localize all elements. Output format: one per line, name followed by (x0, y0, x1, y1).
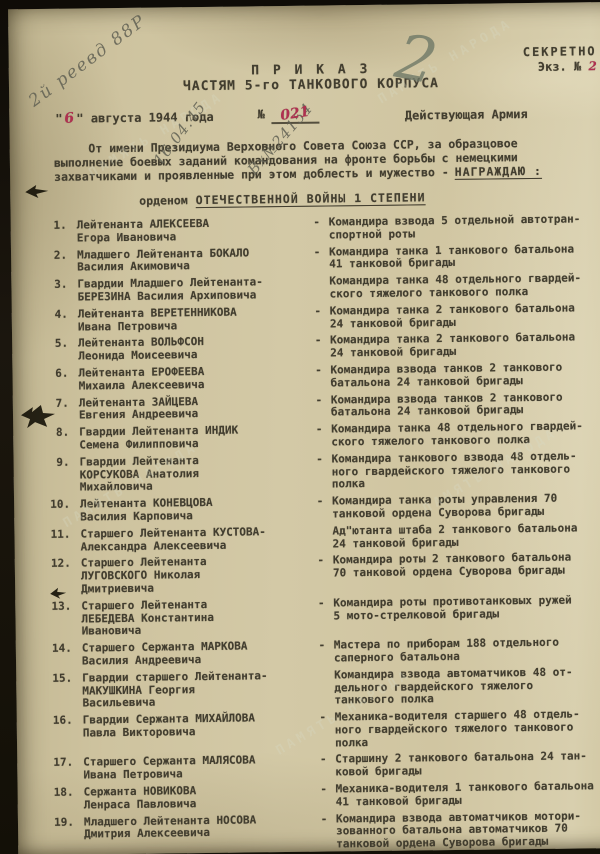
award-entry: 5. Лейтенанта ВОЛЬФСОН Леонида Моисеевич… (34, 331, 600, 364)
entry-sep (305, 276, 329, 302)
entry-position: Ад"ютанта штаба 2 танкового батальона 24… (332, 522, 600, 551)
army-label: Действующая Армия (405, 107, 528, 122)
document-page: ПАМЯТЬ НАРОДА ПАМЯТЬ НАРОДА ПАМЯТЬ НАРОД… (8, 2, 600, 854)
entry-sep: - (306, 335, 330, 361)
entry-name: Гвардии Младшего Лейтенанта- БЕРЕЗИНА Ва… (67, 276, 305, 304)
ink-blot (24, 183, 50, 199)
award-entry: 19. Младшего Лейтенанта НОСОВА Дмитрия А… (40, 810, 600, 854)
ink-blot (19, 401, 57, 431)
entry-number: 1. (33, 220, 67, 246)
date-day-handwritten: 6 (64, 110, 76, 127)
award-entry: 12. Старшего Лейтенанта ЛУГОВСКОГО Никол… (37, 551, 600, 596)
entry-name: Лейтенанта ВОЛЬФСОН Леонида Моисеевича (68, 335, 306, 363)
entry-sep: - (309, 597, 333, 636)
ink-blot (49, 587, 67, 600)
award-entry: 18. Сержанта НОВИКОВА Ленраса Павловича … (40, 780, 600, 813)
award-entry: 7. Лейтенанта ЗАЙЦЕВА Евгения Андреевича… (35, 391, 600, 424)
entry-name: Старшего Сержанта МАЛЯСОВА Ивана Петрови… (73, 754, 311, 782)
entry-name: Лейтенанта ЗАЙЦЕВА Евгения Андреевича (69, 394, 307, 422)
entry-name: Гвардии старшего Лейтенанта- МАКУШКИНА Г… (72, 669, 310, 710)
close-quote: " (76, 111, 83, 125)
number-label: № (258, 107, 265, 121)
entry-name: Младшего Лейтенанта БОКАЛО Василия Акимо… (67, 246, 305, 274)
entry-number: 9. (36, 456, 70, 495)
award-entry: 6. Лейтенанта ЕРОФЕЕВА Михаила Алексееви… (34, 361, 600, 394)
entry-position: Командира роты противотанковых ружей 5 м… (333, 594, 600, 636)
entry-sep: - (306, 364, 330, 390)
entry-position: Механика-водителя старшего 48 отдель- но… (335, 708, 600, 750)
entry-number: 17. (39, 757, 73, 783)
pencil-registry-note: 2й реевд 88Р (25, 11, 150, 111)
copy-number-line: Экз. № 2 (523, 59, 597, 75)
secret-label: СЕКРЕТНО (523, 44, 597, 60)
entry-name: Старшего Лейтенанта ЛУГОВСКОГО Николая Д… (71, 555, 309, 596)
entry-sep: - (309, 555, 333, 594)
entry-number: 19. (40, 816, 74, 854)
entry-sep: - (310, 640, 334, 666)
entry-name: Лейтенанта АЛЕКСЕЕВА Егора Ивановича (67, 217, 305, 245)
entry-number: 4. (34, 308, 68, 334)
entry-position: Командира танка 1 танкового батальона 41… (329, 243, 600, 272)
entry-position: Командира танка 48 отдельного гвардей- с… (329, 272, 600, 301)
entry-position: Командира танка 2 танкового батальона 24… (330, 331, 600, 360)
entry-position: Мастера по приборам 188 отдельного сапер… (334, 636, 600, 665)
entry-sep: - (307, 453, 331, 492)
order-prefix: орденом (139, 193, 188, 208)
entry-number: 5. (34, 338, 68, 364)
entry-sep: - (311, 754, 335, 780)
award-entry: 11. Старшего Лейтенанта КУСТОВА- Алексан… (36, 522, 600, 555)
entry-position: Командира взвода автоматчиков мотори- зо… (336, 810, 600, 852)
entry-name: Старшего Сержанта МАРКОВА Василия Андрее… (72, 640, 310, 668)
entry-sep: - (307, 394, 331, 420)
entry-number: 3. (33, 279, 67, 305)
entry-number: 13. (37, 600, 71, 639)
secrecy-stamp: СЕКРЕТНО Экз. № 2 (523, 44, 597, 75)
award-word: НАГРАЖДАЮ : (455, 164, 542, 179)
entry-number: 6. (34, 368, 68, 394)
entry-sep: - (307, 424, 331, 450)
entry-sep: - (305, 246, 329, 272)
award-entry: 13. Старшего Лейтенанта ЛЕБЕДЕВА Констан… (37, 594, 600, 639)
award-entry: 4. Лейтенанта ВЕРЕТЕННИКОВА Ивана Петров… (34, 302, 600, 335)
entry-number: 11. (36, 528, 70, 554)
entry-name: Старшего Лейтенанта КУСТОВА- Александра … (70, 525, 308, 553)
award-entry: 17. Старшего Сержанта МАЛЯСОВА Ивана Пет… (39, 751, 600, 784)
entry-position: Командира взвода 5 отдельной автотран- с… (329, 213, 600, 242)
entry-position: Командира роты 2 танкового батальона 70 … (333, 551, 600, 593)
award-entry: 3. Гвардии Младшего Лейтенанта- БЕРЕЗИНА… (33, 272, 600, 305)
open-quote: " (55, 112, 62, 126)
copy-label: Экз. № (538, 59, 582, 74)
entry-sep: - (312, 813, 336, 852)
entry-sep: - (312, 784, 336, 810)
award-list: 1. Лейтенанта АЛЕКСЕЕВА Егора Ивановича … (11, 213, 600, 854)
entry-sep (310, 669, 334, 708)
entry-name: Старшего Лейтенанта ЛЕБЕДЕВА Константина… (71, 597, 309, 638)
order-name: ОТЕЧЕСТВЕННОЙ ВОЙНЫ 1 СТЕПЕНИ (196, 190, 426, 207)
entry-position: Командира взвода танков 2 танкового бата… (331, 391, 600, 420)
entry-sep: - (305, 216, 329, 242)
award-entry: 2. Младшего Лейтенанта БОКАЛО Василия Ак… (33, 243, 600, 276)
entry-position: Механика-водителя 1 танкового батальона … (336, 780, 600, 809)
entry-sep (308, 525, 332, 551)
entry-sep: - (306, 305, 330, 331)
entry-position: Командира взвода танков 2 танкового бата… (330, 361, 600, 390)
entry-number: 18. (40, 787, 74, 813)
entry-position: Командира танка 48 отдельного гвардей- с… (331, 420, 600, 449)
entry-name: Сержанта НОВИКОВА Ленраса Павловича (74, 784, 312, 812)
entry-name: Младшего Лейтенанта НОСОВА Дмитрия Алекс… (74, 813, 312, 854)
entry-position: Командира танка роты управления 70 танко… (332, 492, 600, 521)
entry-number: 2. (33, 249, 67, 275)
entry-number: 14. (38, 643, 72, 669)
award-entry: 15. Гвардии старшего Лейтенанта- МАКУШКИ… (38, 666, 600, 711)
entry-name: Лейтенанта ЕРОФЕЕВА Михаила Алексеевича (68, 365, 306, 393)
award-entry: 1. Лейтенанта АЛЕКСЕЕВА Егора Ивановича … (33, 213, 600, 246)
entry-position: Командира танка 2 танкового батальона 24… (330, 302, 600, 331)
copy-number-handwritten: 2 (588, 59, 597, 74)
order-name-line: орденомОТЕЧЕСТВЕННОЙ ВОЙНЫ 1 СТЕПЕНИ (10, 188, 600, 209)
entry-position: Старшину 2 танкового батальона 24 тан- к… (335, 751, 600, 780)
entry-number: 15. (38, 672, 72, 711)
award-entry: 14. Старшего Сержанта МАРКОВА Василия Ан… (38, 636, 600, 669)
entry-name: Лейтенанта ВЕРЕТЕННИКОВА Ивана Петровича (68, 306, 306, 334)
entry-number: 16. (39, 715, 73, 754)
entry-sep: - (308, 496, 332, 522)
